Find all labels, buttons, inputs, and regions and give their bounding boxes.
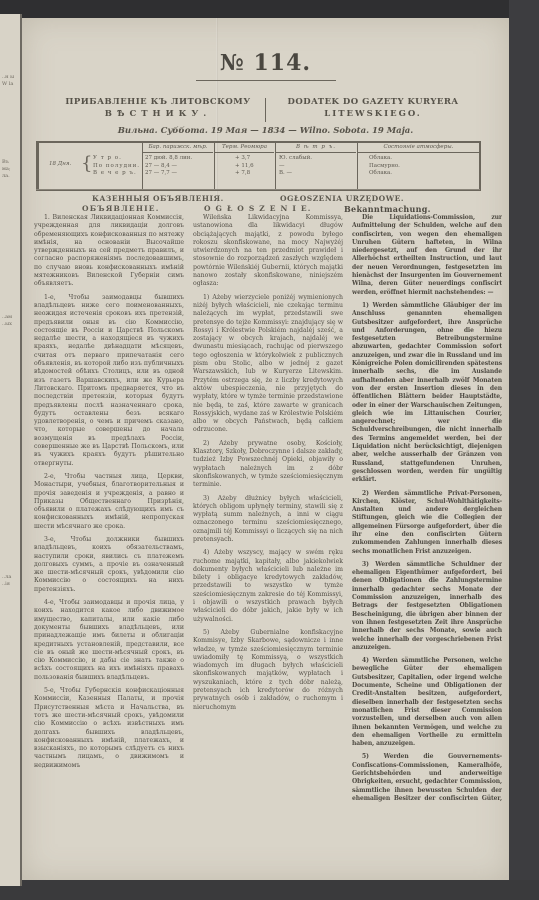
thermometer-header: Терм. Реомюра [215, 143, 274, 153]
scanner-background-bottom [0, 880, 539, 900]
thermometer-morning: + 3,7 [235, 155, 254, 163]
german-paragraph-4: 4) Werden sämmtliche Personen, welche be… [352, 657, 502, 748]
masthead: № 114. [22, 50, 509, 81]
barometer-afternoon: 27 — 8,4 — [145, 163, 192, 171]
wind-morning: Ю. слабый. [279, 155, 312, 163]
title-russian: ПРИБАВЛЕНІЕ КЪ ЛИТОВСКОМУ ВѢСТНИКУ. [63, 96, 253, 122]
title-polish-line2: LITEWSKIEGO. [278, 108, 468, 120]
german-paragraph-5: 5) Werden die Gouvernements-Confiscation… [352, 753, 502, 802]
barometer-header: Бар. парижск. мѣр. [143, 143, 213, 153]
masthead-rule [196, 80, 336, 81]
thermometer-afternoon: + 11,6 [235, 163, 254, 171]
polish-paragraph-3: 3) Ażeby dłużnicy byłych właścicieli, kt… [193, 495, 343, 545]
title-russian-line2: ВѢСТНИКУ. [63, 108, 253, 120]
wind-afternoon: — [279, 163, 312, 171]
column-russian: 1. Виленская Ликвидаціонная Коммиссія, у… [34, 214, 184, 880]
barometer-morning: 27 дюй. 8,8 лин. [145, 155, 192, 163]
time-afternoon: По полудни. [93, 163, 140, 171]
russian-paragraph-2: 2-е, Чтобы частныя лица, Церкви, Монасты… [34, 473, 184, 531]
wind-values: Ю. слабый. — В. — [279, 155, 312, 178]
publication-titles: ПРИБАВЛЕНІЕ КЪ ЛИТОВСКОМУ ВѢСТНИКУ. DODA… [22, 96, 509, 122]
wind-evening: В. — [279, 170, 312, 178]
column-polish: Wileńska Likwidacyjna Kommissya, ustanow… [193, 214, 343, 802]
time-morning: У т р о. [93, 155, 140, 163]
atmosphere-afternoon: Пасмурно. [369, 163, 400, 171]
wind-header: В ѣ т р ъ. [276, 143, 356, 153]
column-heading-german: Bekanntmachung. [344, 204, 431, 214]
thermometer-values: + 3,7 + 11,6 + 7,8 [235, 155, 254, 178]
polish-paragraph-1: 1) Ażeby wierzyciele poniżéj wymienionyc… [193, 294, 343, 435]
section-heading-russian: КАЗЕННЫЯ ОБЪЯВЛЕНІЯ. [92, 194, 224, 203]
title-russian-line1: ПРИБАВЛЕНІЕ КЪ ЛИТОВСКОМУ [63, 96, 253, 108]
atmosphere-evening: Облака. [369, 170, 400, 178]
russian-paragraph-5: 5-е, Чтобы Губернскія конфискаціонныя Ко… [34, 687, 184, 770]
german-paragraph-3: 3) Werden sämmtliche Schuldner der ehema… [352, 561, 502, 652]
german-paragraph-2: 2) Werden sämmtliche Privat-Personen, Ki… [352, 490, 502, 556]
weather-table-bottom-rule [36, 189, 480, 190]
german-paragraph-1: 1) Werden sämmtliche Gläubiger der im An… [352, 302, 502, 485]
thermometer-evening: + 7,8 [235, 170, 254, 178]
russian-paragraph-3: 3-е, Чтобы должники бывшихъ владѣльцевъ,… [34, 536, 184, 594]
scanner-background-right [509, 0, 539, 900]
barometer-evening: 27 — 7,7 — [145, 170, 192, 178]
time-evening: В е ч е р ъ. [93, 170, 140, 178]
atmosphere-values: Облака. Пасмурно. Облака. [369, 155, 400, 178]
atmosphere-header: Состояніе атмосферы. [358, 143, 479, 153]
column-heading-russian: ОБЪЯВЛЕНІЕ. [82, 204, 160, 213]
weather-table: 18 Дня. { У т р о. По полудни. В е ч е р… [36, 141, 481, 191]
issue-number: № 114. [22, 50, 509, 76]
russian-paragraph-intro: 1. Виленская Ликвидаціонная Коммиссія, у… [34, 214, 184, 289]
section-heading-polish: OGŁOSZENIA URZĘDOWE. [280, 194, 404, 203]
weather-times: У т р о. По полудни. В е ч е р ъ. [93, 155, 140, 178]
title-polish-line1: DODATEK DO GAZETY KURYERA [278, 96, 468, 108]
polish-paragraph-5: 5) Ażeby Gubernialne konfiskacyjne Kommi… [193, 629, 343, 712]
polish-paragraph-4: 4) Ażeby wszyscy, mający w swém ręku ruc… [193, 549, 343, 624]
column-german: Die Liquidations-Commission, zur Aufmitt… [352, 214, 502, 802]
russian-paragraph-4: 4-е, Чтобы заимодавцы и прочія лица, у к… [34, 599, 184, 682]
title-polish: DODATEK DO GAZETY KURYERA LITEWSKIEGO. [278, 96, 468, 122]
column-heading-polish: O G Ł O S Z E N I E. [204, 204, 312, 213]
newspaper-page: № 114. ПРИБАВЛЕНІЕ КЪ ЛИТОВСКОМУ ВѢСТНИК… [22, 18, 509, 880]
polish-paragraph-intro: Wileńska Likwidacyjna Kommissya, ustanow… [193, 214, 343, 289]
dateline: Вильна. Суббота. 19 Мая — 1834 — Wilno. … [22, 126, 509, 136]
german-paragraph-intro: Die Liquidations-Commission, zur Aufmitt… [352, 214, 502, 297]
previous-page-edge: ..н ыW la Въма;ла. ..ам..ых ..ла..ія [0, 14, 22, 886]
barometer-values: 27 дюй. 8,8 лин. 27 — 8,4 — 27 — 7,7 — [145, 155, 192, 178]
weather-day-label: 18 Дня. [49, 161, 71, 169]
polish-paragraph-2: 2) Ażeby prywatne osoby, Kościoły, Klasz… [193, 440, 343, 490]
atmosphere-morning: Облака. [369, 155, 400, 163]
title-separator [265, 98, 266, 122]
weather-brace: { [81, 152, 92, 176]
russian-paragraph-1: 1-е, Чтобы заимодавцы бывшихъ владѣльцев… [34, 294, 184, 468]
